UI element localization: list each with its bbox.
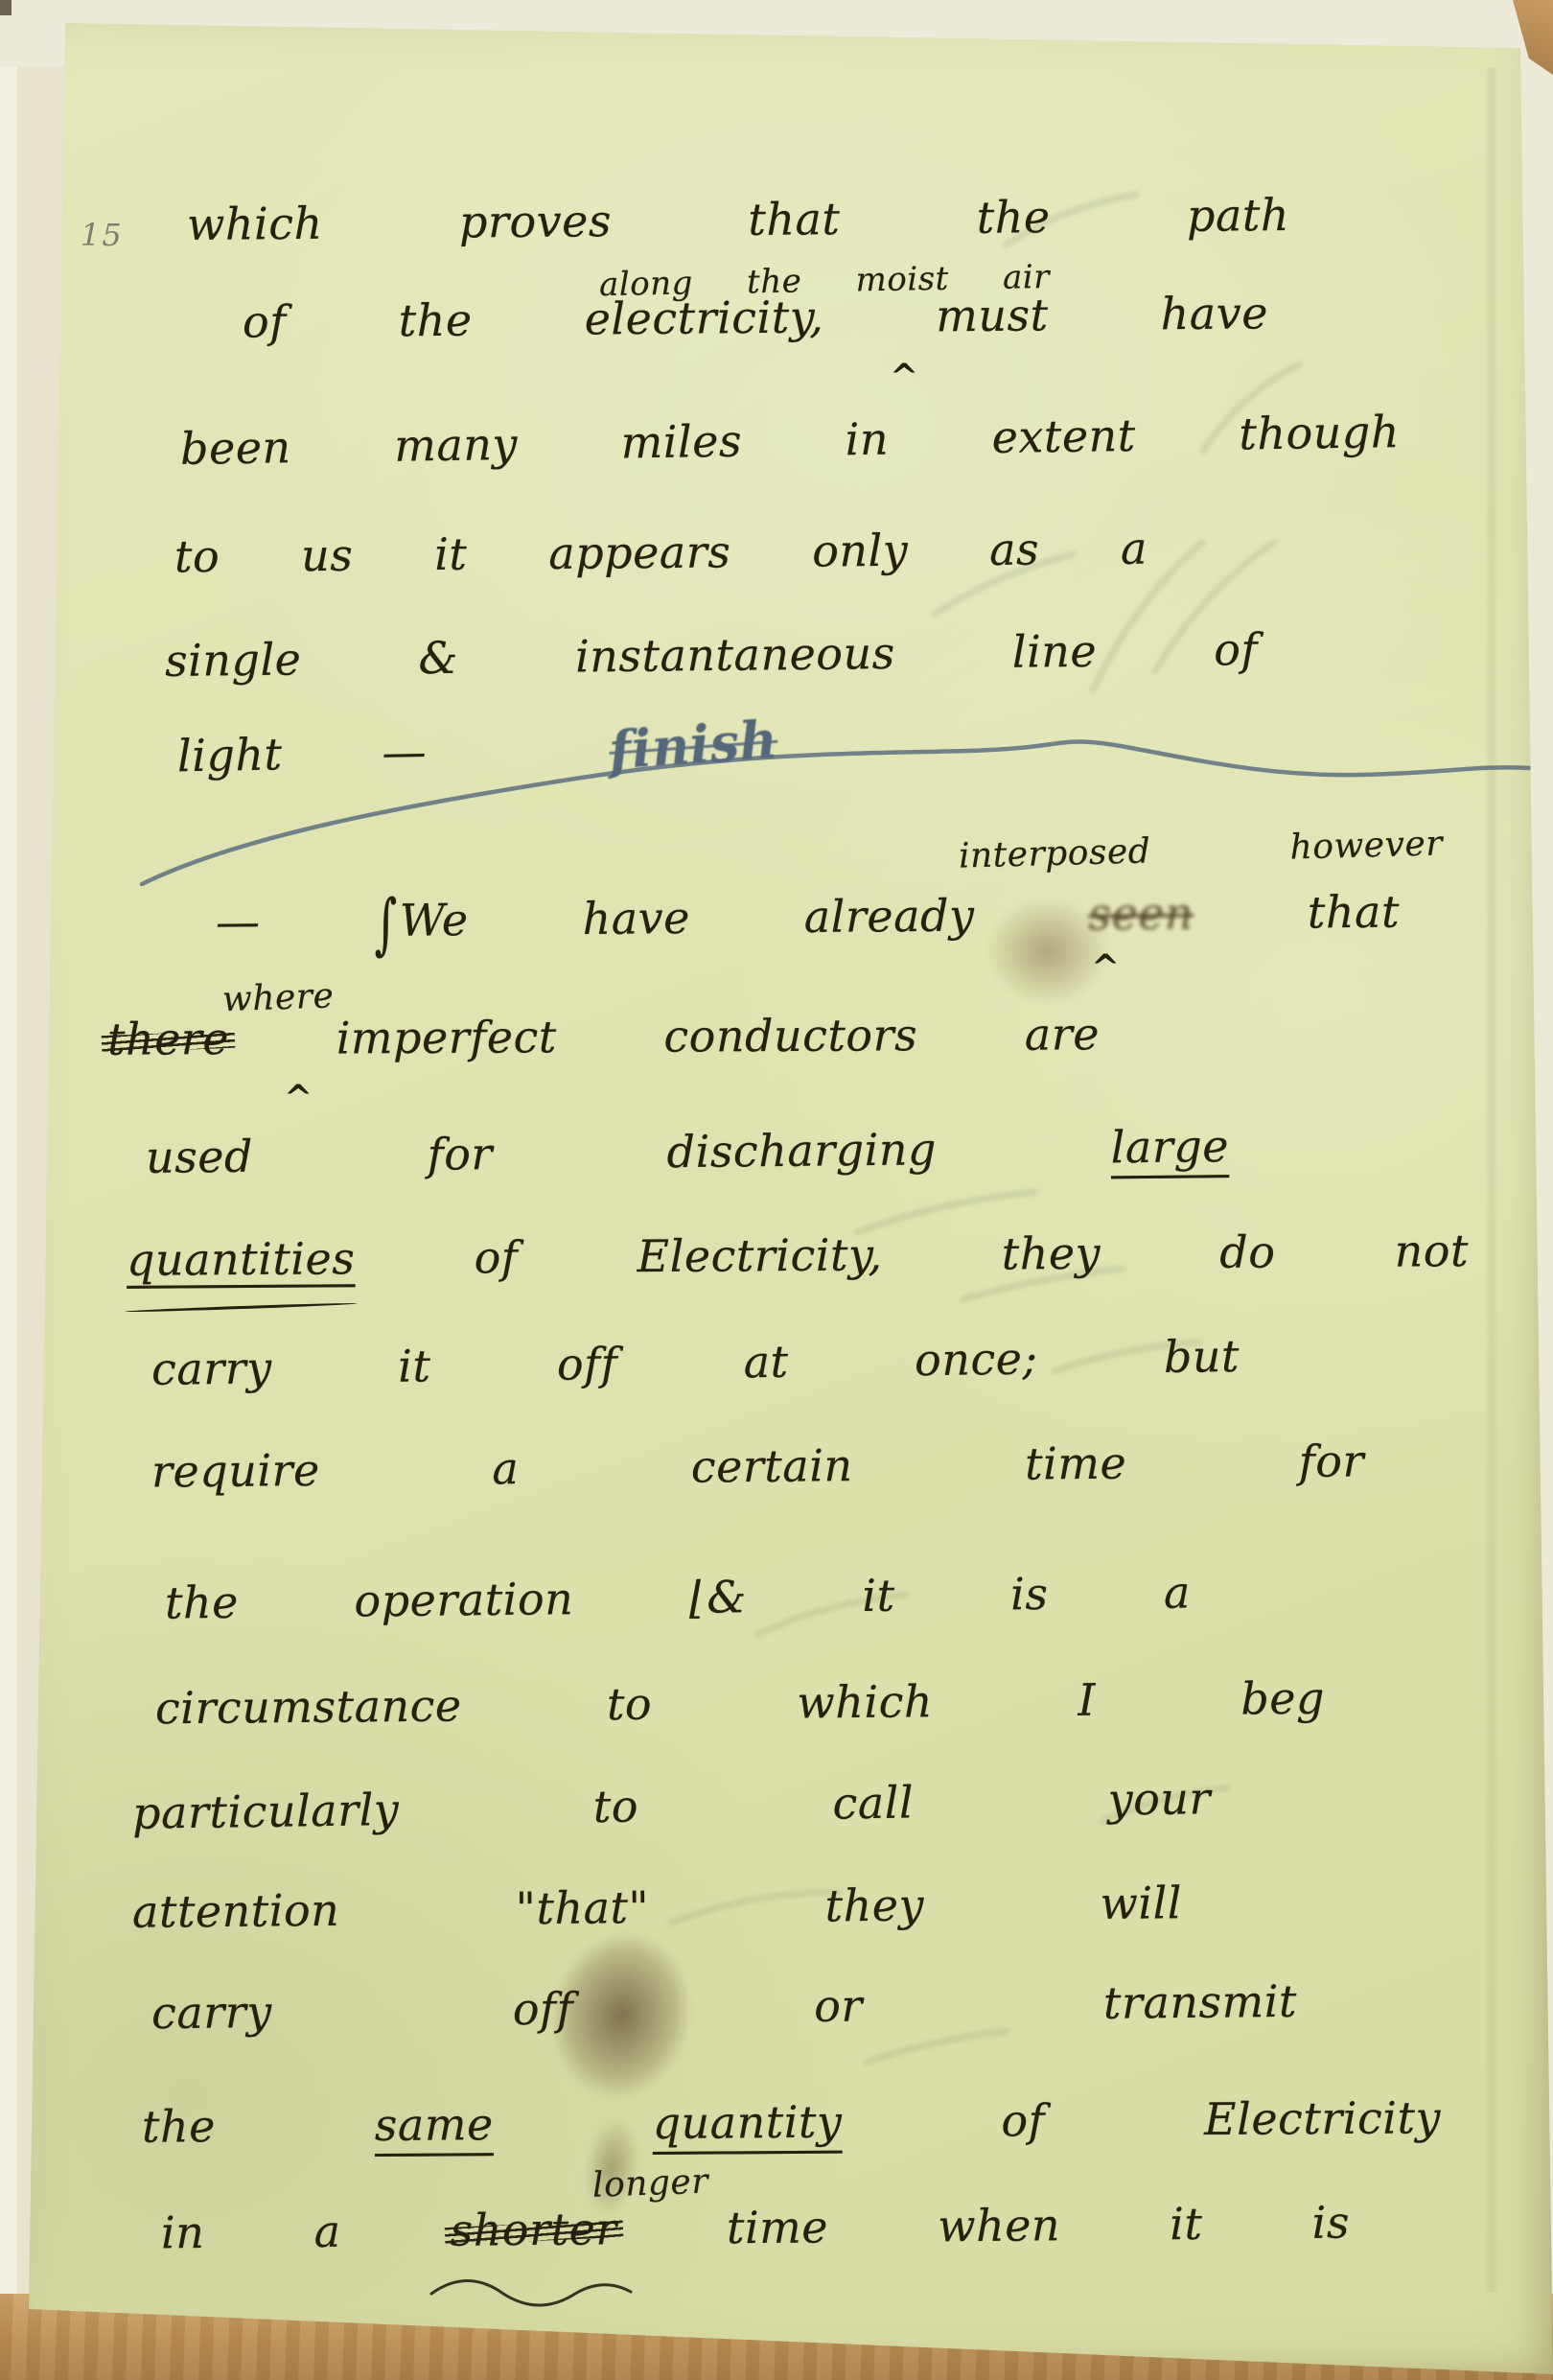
word: have: [1160, 283, 1268, 343]
paper-crease: [1484, 67, 1499, 2292]
word: it: [862, 1566, 895, 1625]
manuscript-line: beenmanymilesinextentthough: [180, 402, 1401, 478]
word: carry: [151, 1338, 272, 1399]
word: not: [1394, 1221, 1469, 1281]
word: will: [1100, 1873, 1182, 1933]
word: to: [607, 1674, 653, 1734]
word: us: [301, 525, 354, 585]
word: off: [557, 1334, 618, 1394]
word: the: [142, 2096, 216, 2157]
scanned-manuscript-screenshot: { "manuscript": { "page_number": "15", "…: [0, 0, 1553, 2380]
word: must: [936, 285, 1049, 345]
word: is: [1010, 1564, 1049, 1623]
manuscript-line: light—: [176, 722, 427, 786]
caret-insertion-mark: ^: [1091, 947, 1120, 988]
word: quantities: [127, 1228, 356, 1290]
word: finish: [607, 710, 779, 781]
word: as: [989, 520, 1040, 579]
pencil-wavy-line: [0, 0, 1553, 2380]
word: at: [743, 1332, 789, 1392]
word: a: [1164, 1562, 1192, 1622]
word: require: [151, 1440, 320, 1502]
word: do: [1219, 1223, 1276, 1282]
word: to: [592, 1776, 638, 1836]
manuscript-line: oftheelectricity,musthave: [243, 283, 1269, 351]
word: they: [824, 1876, 924, 1936]
bleedthrough-marks: [0, 0, 1553, 2380]
word: it: [434, 525, 468, 584]
word: proves: [459, 191, 612, 251]
word: that: [1308, 882, 1401, 943]
word: attention: [132, 1880, 340, 1942]
word: where: [221, 967, 335, 1030]
word: along: [598, 253, 693, 315]
word: that: [748, 189, 841, 249]
ink-smudge-fingerprint: [501, 1912, 731, 2171]
word: path: [1187, 185, 1290, 245]
word: transmit: [1103, 1972, 1298, 2033]
page-number: 15: [81, 217, 124, 253]
manuscript-line: particularlytocallyour: [132, 1768, 1212, 1843]
manuscript-insertion: interposedhowever: [958, 814, 1443, 886]
word: "that": [516, 1878, 650, 1938]
word: of: [474, 1227, 518, 1287]
word: &: [418, 628, 458, 688]
word: your: [1107, 1768, 1211, 1829]
word: time: [1025, 1434, 1127, 1494]
word: same: [375, 2094, 494, 2155]
word: though: [1239, 402, 1400, 463]
word: —: [382, 722, 428, 782]
word: the: [165, 1573, 239, 1633]
word: particularly: [132, 1780, 400, 1843]
manuscript-line: inashortertimewhenitis: [161, 2193, 1350, 2263]
manuscript-insertion: where: [221, 967, 348, 1030]
word: of: [1214, 619, 1258, 679]
word: seen: [1088, 883, 1194, 944]
word: they: [1002, 1224, 1101, 1284]
manuscript-line: thereimperfectconductorsare: [107, 1004, 1100, 1068]
caret-insertion-mark: ^: [890, 357, 918, 397]
word: of: [243, 292, 287, 351]
word: there: [107, 1009, 229, 1069]
manuscript-line: circumstancetowhichIbeg: [155, 1668, 1325, 1738]
word: many: [394, 414, 519, 476]
word: a: [313, 2202, 340, 2261]
word: which: [187, 194, 323, 254]
word: it: [1170, 2194, 1203, 2253]
word: I: [1078, 1670, 1096, 1730]
manuscript-line: carryoffortransmit: [151, 1972, 1298, 2043]
word: to: [174, 526, 220, 586]
word: for: [1298, 1431, 1364, 1491]
manuscript-insertion: alongthemoistair: [598, 247, 1050, 315]
word: conductors: [663, 1005, 917, 1065]
word: quantity: [652, 2092, 842, 2153]
word: light: [176, 724, 283, 785]
word: call: [832, 1772, 914, 1832]
manuscript-line: —Wehavealreadyseenthat: [216, 882, 1400, 952]
word: Electricity,: [637, 1225, 882, 1286]
word: it: [398, 1336, 431, 1395]
word: or: [814, 1975, 863, 2036]
word: beg: [1240, 1668, 1325, 1729]
word: in: [845, 409, 889, 470]
word: electricity,: [584, 287, 823, 348]
backing-page-edge-left: [0, 0, 19, 2380]
word: large: [1110, 1116, 1229, 1177]
word: a: [1121, 519, 1147, 578]
word: a: [492, 1438, 519, 1498]
word: off: [512, 1979, 573, 2040]
word: however: [1289, 814, 1444, 877]
corner-speck: [0, 0, 12, 15]
caret-insertion-mark: ^: [284, 1078, 313, 1118]
word: interposed: [958, 822, 1151, 886]
word: We: [374, 890, 469, 950]
word: imperfect: [336, 1007, 557, 1067]
ink-smudge-over-word: [959, 875, 1136, 1028]
word: operation: [354, 1569, 573, 1630]
word: —: [216, 892, 261, 951]
word: air: [1002, 247, 1050, 308]
word: instantaneous: [575, 623, 895, 686]
word: are: [1025, 1004, 1100, 1063]
ink-smudge-tail: [562, 2105, 658, 2258]
manuscript-line: single&instantaneouslineof: [165, 619, 1259, 690]
word: miles: [620, 411, 742, 473]
manuscript-line: attention"that"theywill: [132, 1873, 1182, 1942]
word: discharging: [666, 1119, 937, 1181]
manuscript-line: whichprovesthatthepath: [187, 185, 1289, 254]
word: used: [146, 1127, 254, 1187]
manuscript-line: usedfordischarginglarge: [146, 1116, 1230, 1187]
word: which: [797, 1671, 933, 1732]
word: once;: [915, 1329, 1038, 1390]
word: the: [747, 251, 802, 312]
word: of: [1001, 2090, 1045, 2150]
word: ⌊&: [689, 1567, 748, 1627]
word: the: [976, 187, 1050, 247]
word: Electricity: [1204, 2088, 1441, 2149]
word: time: [727, 2197, 829, 2257]
manuscript-line: quantitiesofElectricity,theydonot: [127, 1221, 1469, 1290]
word: is: [1311, 2193, 1350, 2252]
manuscript-page: 15 whichprovesthatthepathalongthemoistai…: [0, 0, 1553, 2380]
word: longer: [591, 2153, 709, 2216]
word: have: [582, 888, 690, 948]
word: already: [803, 885, 974, 946]
manuscript-line: theoperation⌊&itisa: [165, 1562, 1192, 1632]
manuscript-line: requireacertaintimefor: [151, 1431, 1364, 1501]
word: line: [1011, 621, 1097, 682]
word: extent: [991, 406, 1136, 467]
manuscript-line: thesamequantityofElectricity: [142, 2088, 1441, 2156]
word: when: [938, 2195, 1060, 2255]
word: circumstance: [155, 1676, 462, 1738]
word: been: [180, 417, 291, 478]
word: certain: [691, 1435, 853, 1496]
word: for: [427, 1124, 493, 1184]
manuscript-pencil-note: finish: [607, 706, 831, 781]
manuscript-insertion: longer: [591, 2151, 747, 2216]
word: in: [161, 2203, 205, 2262]
word: carry: [151, 1982, 272, 2042]
word: single: [165, 629, 302, 689]
word: the: [399, 291, 473, 351]
word: appears: [548, 522, 731, 583]
manuscript-line: carryitoffatonce;but: [151, 1326, 1240, 1399]
word: but: [1164, 1326, 1240, 1387]
word: shorter: [450, 2199, 617, 2260]
word: only: [812, 521, 909, 581]
word: moist: [855, 249, 949, 311]
manuscript-line: tousitappearsonlyasa: [174, 519, 1148, 587]
